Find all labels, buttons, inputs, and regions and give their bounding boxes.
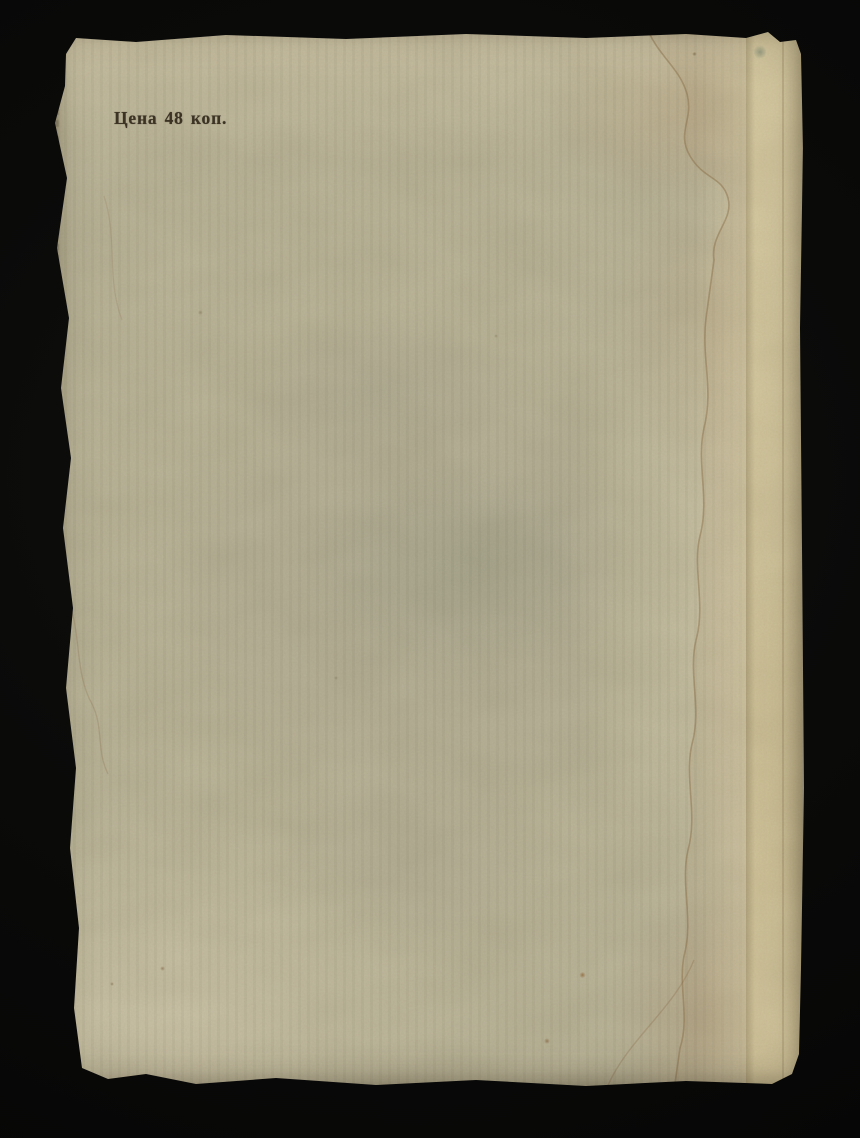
torn-binding-edge (46, 28, 59, 1090)
book-back-cover: Цена 48 коп. (46, 28, 804, 1090)
scan-background: Цена 48 коп. (0, 0, 860, 1138)
scan-vignette (46, 28, 804, 1090)
